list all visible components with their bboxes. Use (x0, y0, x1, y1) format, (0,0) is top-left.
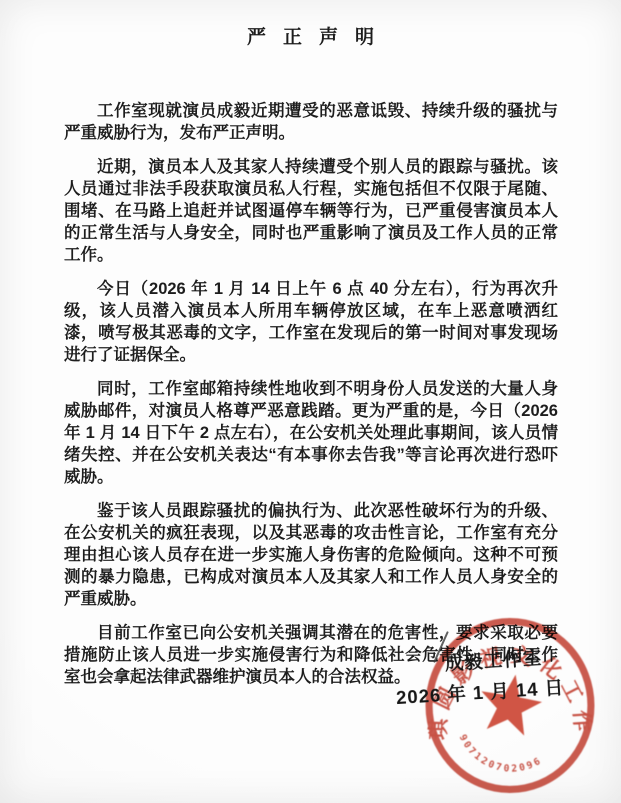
statement-document-page: 严正声明 工作室现就演员成毅近期遭受的恶意诋毁、持续升级的骚扰与严重威胁行为，发… (0, 0, 621, 803)
statement-paragraph: 鉴于该人员跟踪骚扰的偏执行为、此次恶性破坏行为的升级、在公安机关的疯狂表现，以及… (64, 500, 558, 610)
statement-paragraph: 同时，工作室邮箱持续性地收到不明身份人员发送的大量人身威胁邮件，对演员人格尊严恶… (64, 378, 558, 488)
document-title: 严正声明 (0, 22, 621, 49)
statement-paragraph: 工作室现就演员成毅近期遭受的恶意诋毁、持续升级的骚扰与严重威胁行为，发布严正声明… (64, 100, 558, 144)
statement-body: 工作室现就演员成毅近期遭受的恶意诋毁、持续升级的骚扰与严重威胁行为，发布严正声明… (64, 100, 558, 700)
statement-paragraph: 今日（2026 年 1 月 14 日上午 6 点 40 分左右），行为再次升级，… (64, 278, 558, 366)
statement-paragraph: 近期，演员本人及其家人持续遭受个别人员的跟踪与骚扰。该人员通过非法手段获取演员私… (64, 156, 558, 266)
signature-block: 成毅工作室 2026 年 1 月 14 日 (393, 643, 564, 710)
seal-serial-number: 907120702096 (457, 733, 545, 775)
seal-serial-container: 907120702096 (457, 733, 545, 775)
